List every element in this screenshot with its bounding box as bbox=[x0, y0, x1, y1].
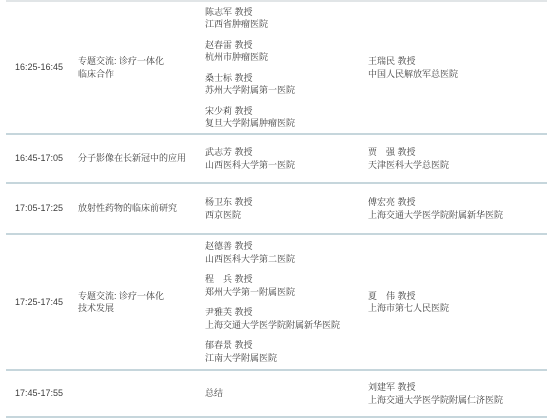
time-slot-label: 16:25-16:45 bbox=[15, 61, 77, 74]
session-topic bbox=[78, 371, 202, 416]
speaker: 赵德善 教授山西医科大学第二医院 bbox=[205, 240, 365, 265]
chairs-cell: 王瑞民 教授中国人民解放军总医院 bbox=[368, 2, 550, 133]
time-slot: 17:25-17:45 bbox=[15, 235, 77, 369]
speaker-name: 程 兵 教授 bbox=[205, 273, 365, 286]
chair-affiliation: 上海交通大学医学院附属仁济医院 bbox=[368, 394, 550, 407]
speaker: 武志芳 教授山西医科大学第一医院 bbox=[205, 146, 365, 171]
speaker: 杨卫东 教授西京医院 bbox=[205, 196, 365, 221]
speaker-name: 杨卫东 教授 bbox=[205, 196, 365, 209]
schedule-row: 17:25-17:45专题交流: 诊疗一体化技术发展赵德善 教授山西医科大学第二… bbox=[0, 235, 554, 369]
time-slot: 17:05-17:25 bbox=[15, 184, 77, 233]
schedule-rows: 16:25-16:45专题交流: 诊疗一体化临床合作陈志军 教授江西省肿瘤医院赵… bbox=[0, 2, 554, 418]
schedule-row: 16:25-16:45专题交流: 诊疗一体化临床合作陈志军 教授江西省肿瘤医院赵… bbox=[0, 2, 554, 133]
speaker: 尹雅芙 教授上海交通大学医学院附属新华医院 bbox=[205, 306, 365, 331]
speaker-affiliation: 山西医科大学第一医院 bbox=[205, 159, 365, 172]
chairs-cell: 傅宏亮 教授上海交通大学医学院附属新华医院 bbox=[368, 184, 550, 233]
speakers-cell: 总结 bbox=[205, 371, 365, 416]
speaker-affiliation: 郑州大学第一附属医院 bbox=[205, 286, 365, 299]
speaker-affiliation: 江南大学附属医院 bbox=[205, 352, 365, 365]
speakers-cell: 赵德善 教授山西医科大学第二医院程 兵 教授郑州大学第一附属医院尹雅芙 教授上海… bbox=[205, 235, 365, 369]
speaker-name: 总结 bbox=[205, 387, 365, 400]
time-slot: 16:25-16:45 bbox=[15, 2, 77, 133]
speakers-cell: 武志芳 教授山西医科大学第一医院 bbox=[205, 135, 365, 182]
schedule-row: 17:45-17:55总结刘建军 教授上海交通大学医学院附属仁济医院 bbox=[0, 371, 554, 416]
chair-name: 贾 强 教授 bbox=[368, 146, 550, 159]
time-slot: 17:45-17:55 bbox=[15, 371, 77, 416]
speaker-name: 赵德善 教授 bbox=[205, 240, 365, 253]
session-topic: 专题交流: 诊疗一体化技术发展 bbox=[78, 235, 202, 369]
chair-name: 傅宏亮 教授 bbox=[368, 196, 550, 209]
speaker-name: 桑士标 教授 bbox=[205, 72, 365, 85]
speaker-name: 赵春雷 教授 bbox=[205, 39, 365, 52]
speaker-name: 武志芳 教授 bbox=[205, 146, 365, 159]
session-topic: 专题交流: 诊疗一体化临床合作 bbox=[78, 2, 202, 133]
time-slot-label: 16:45-17:05 bbox=[15, 152, 77, 165]
chair-name: 刘建军 教授 bbox=[368, 381, 550, 394]
session-topic-line: 专题交流: 诊疗一体化 bbox=[78, 290, 202, 303]
schedule-row: 17:05-17:25放射性药物的临床前研究杨卫东 教授西京医院傅宏亮 教授上海… bbox=[0, 184, 554, 233]
session-topic-line: 分子影像在长新冠中的应用 bbox=[78, 152, 202, 165]
speaker: 郁春景 教授江南大学附属医院 bbox=[205, 339, 365, 364]
chair-affiliation: 天津医科大学总医院 bbox=[368, 159, 550, 172]
speaker: 宋少莉 教授复旦大学附属肿瘤医院 bbox=[205, 105, 365, 130]
chair-affiliation: 上海交通大学医学院附属新华医院 bbox=[368, 209, 550, 222]
session-topic-line: 专题交流: 诊疗一体化 bbox=[78, 55, 202, 68]
chair: 王瑞民 教授中国人民解放军总医院 bbox=[368, 55, 550, 80]
chair: 夏 伟 教授上海市第七人民医院 bbox=[368, 290, 550, 315]
session-topic: 放射性药物的临床前研究 bbox=[78, 184, 202, 233]
chair-affiliation: 中国人民解放军总医院 bbox=[368, 68, 550, 81]
speaker: 总结 bbox=[205, 387, 365, 400]
chair-affiliation: 上海市第七人民医院 bbox=[368, 302, 550, 315]
speaker: 陈志军 教授江西省肿瘤医院 bbox=[205, 6, 365, 31]
session-topic-line: 放射性药物的临床前研究 bbox=[78, 202, 202, 215]
speakers-cell: 陈志军 教授江西省肿瘤医院赵春雷 教授杭州市肿瘤医院桑士标 教授苏州大学附属第一… bbox=[205, 2, 365, 133]
speaker-name: 尹雅芙 教授 bbox=[205, 306, 365, 319]
chair: 刘建军 教授上海交通大学医学院附属仁济医院 bbox=[368, 381, 550, 406]
speaker-affiliation: 苏州大学附属第一医院 bbox=[205, 84, 365, 97]
speaker: 程 兵 教授郑州大学第一附属医院 bbox=[205, 273, 365, 298]
speaker-name: 宋少莉 教授 bbox=[205, 105, 365, 118]
speaker-name: 陈志军 教授 bbox=[205, 6, 365, 19]
session-topic-line: 技术发展 bbox=[78, 302, 202, 315]
speaker-name: 郁春景 教授 bbox=[205, 339, 365, 352]
time-slot: 16:45-17:05 bbox=[15, 135, 77, 182]
chair-name: 王瑞民 教授 bbox=[368, 55, 550, 68]
speaker-affiliation: 复旦大学附属肿瘤医院 bbox=[205, 117, 365, 130]
speaker-affiliation: 上海交通大学医学院附属新华医院 bbox=[205, 319, 365, 332]
speaker-affiliation: 西京医院 bbox=[205, 209, 365, 222]
chairs-cell: 刘建军 教授上海交通大学医学院附属仁济医院 bbox=[368, 371, 550, 416]
time-slot-label: 17:05-17:25 bbox=[15, 202, 77, 215]
chairs-cell: 夏 伟 教授上海市第七人民医院 bbox=[368, 235, 550, 369]
session-topic-line: 临床合作 bbox=[78, 68, 202, 81]
speaker-affiliation: 杭州市肿瘤医院 bbox=[205, 51, 365, 64]
schedule-table: 16:25-16:45专题交流: 诊疗一体化临床合作陈志军 教授江西省肿瘤医院赵… bbox=[0, 0, 554, 418]
time-slot-label: 17:25-17:45 bbox=[15, 296, 77, 309]
schedule-row: 16:45-17:05分子影像在长新冠中的应用武志芳 教授山西医科大学第一医院贾… bbox=[0, 135, 554, 182]
speaker-affiliation: 山西医科大学第二医院 bbox=[205, 253, 365, 266]
chair-name: 夏 伟 教授 bbox=[368, 290, 550, 303]
chairs-cell: 贾 强 教授天津医科大学总医院 bbox=[368, 135, 550, 182]
speakers-cell: 杨卫东 教授西京医院 bbox=[205, 184, 365, 233]
speaker: 桑士标 教授苏州大学附属第一医院 bbox=[205, 72, 365, 97]
session-topic: 分子影像在长新冠中的应用 bbox=[78, 135, 202, 182]
chair: 傅宏亮 教授上海交通大学医学院附属新华医院 bbox=[368, 196, 550, 221]
speaker: 赵春雷 教授杭州市肿瘤医院 bbox=[205, 39, 365, 64]
time-slot-label: 17:45-17:55 bbox=[15, 387, 77, 400]
chair: 贾 强 教授天津医科大学总医院 bbox=[368, 146, 550, 171]
speaker-affiliation: 江西省肿瘤医院 bbox=[205, 18, 365, 31]
